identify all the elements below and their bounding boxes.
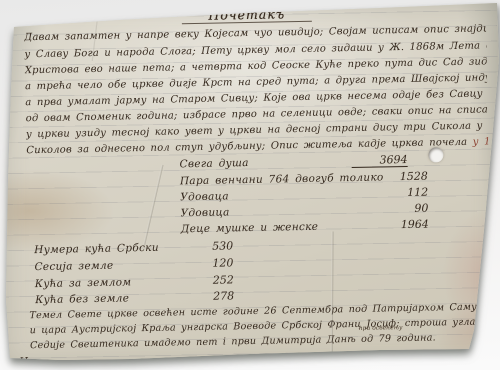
cut-off-line-fragment: Н — [19, 356, 28, 367]
census-row-value: 90 — [360, 202, 428, 216]
manuscript-line: Сиколов за однесено пол ступ удубљину; О… — [26, 136, 488, 156]
houses-row-value: 120 — [189, 256, 233, 270]
interline-note: при освећењу — [359, 324, 403, 332]
houses-row-label: Кућа за землом — [35, 276, 132, 290]
houses-row-value: 530 — [189, 239, 233, 253]
census-row-label: Пара венчани 764 двогуб толико — [180, 171, 384, 187]
census-row-value: 1964 — [361, 218, 429, 232]
manuscript-content: Почетакъ Давам запамтен у напре веку Кој… — [0, 0, 500, 370]
houses-row-label: Кућа без земле — [35, 292, 129, 306]
aged-paper-sheet: Почетакъ Давам запамтен у напре веку Кој… — [0, 0, 500, 370]
census-row-value: 112 — [360, 186, 428, 200]
houses-row-label: Нумера кућа Србски — [34, 242, 159, 256]
manuscript-title: Почетакъ — [182, 6, 312, 24]
closing-paragraph: Темел Свете цркве освећен исте године 26… — [0, 0, 496, 5]
houses-row-label: Сесија земле — [34, 260, 113, 274]
census-total-value: 3694 — [351, 153, 407, 168]
fold-crease — [143, 165, 163, 245]
photo-of-manuscript: Почетакъ Давам запамтен у напре веку Кој… — [0, 0, 500, 370]
houses-row-value: 252 — [190, 273, 234, 287]
census-row-label: Удовица — [180, 206, 229, 219]
census-row-label: Удоваца — [180, 190, 229, 203]
census-total-label: Свега душа — [179, 157, 248, 170]
census-row-value: 1528 — [360, 170, 428, 184]
houses-row-value: 278 — [190, 289, 234, 303]
paper-shadow: Почетакъ Давам запамтен у напре веку Кој… — [0, 0, 500, 370]
census-row-label: Деце мушке и женске — [181, 221, 319, 236]
punch-hole — [428, 147, 443, 162]
red-ink-date: у 1868 Лѣта — [473, 136, 489, 147]
